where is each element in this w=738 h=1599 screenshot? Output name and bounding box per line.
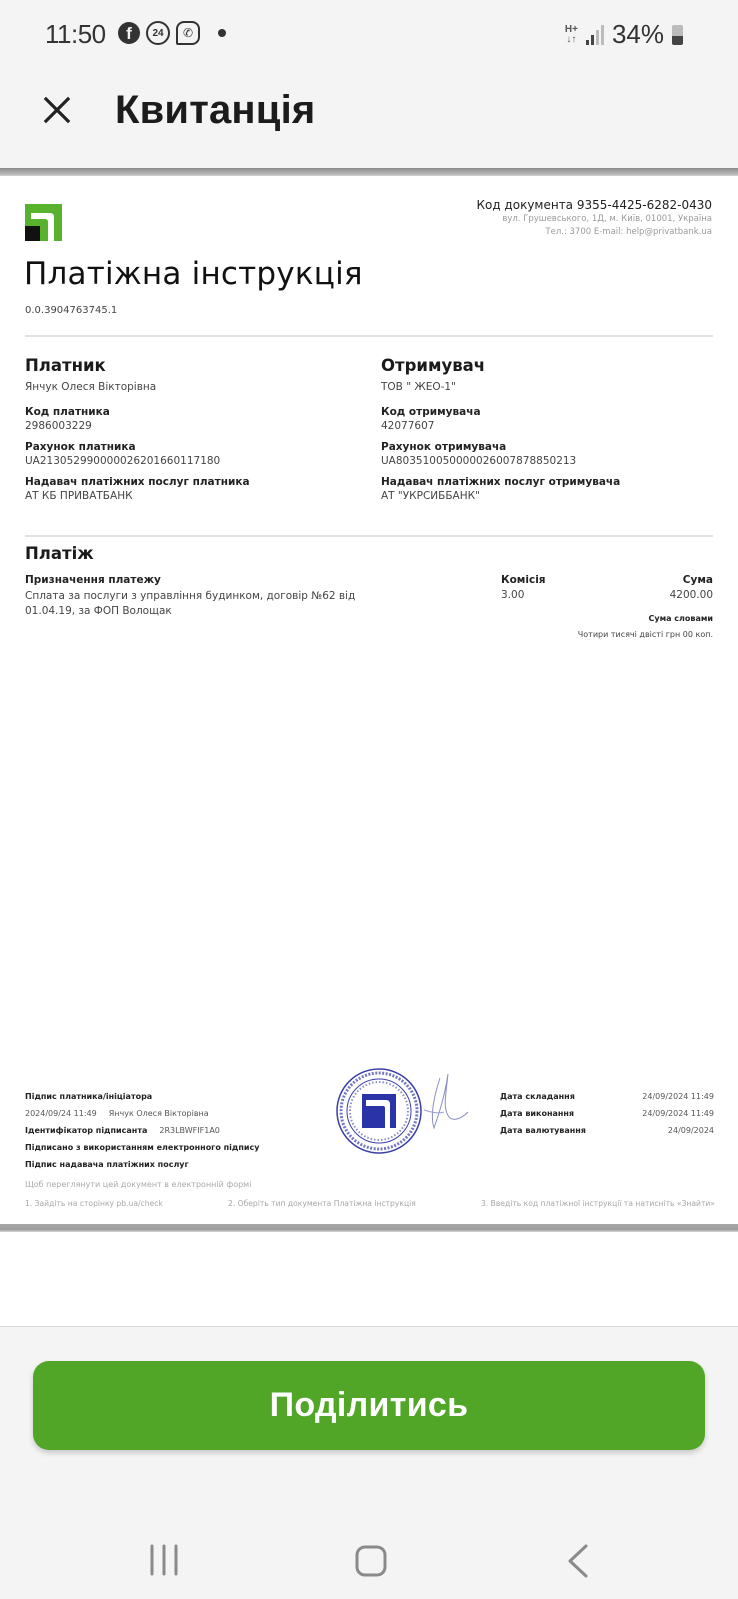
recipient-section: Отримувач ТОВ " ЖЕО-1" Код отримувача 42… — [381, 356, 721, 503]
recipient-provider-label: Надавач платіжних послуг отримувача — [381, 475, 721, 489]
facebook-icon: f — [118, 22, 140, 44]
signer-id-label: Ідентифікатор підписанта — [25, 1126, 147, 1135]
recipient-name: ТОВ " ЖЕО-1" — [381, 380, 721, 394]
document-viewport-padding — [0, 1232, 738, 1327]
close-button[interactable] — [37, 90, 77, 130]
viber-icon: ✆ — [176, 21, 200, 45]
payment-section: Платіж Призначення платежу Сплата за пос… — [25, 544, 713, 563]
date-label: Дата валютування — [500, 1122, 586, 1139]
recipient-code: 42077607 — [381, 419, 721, 433]
payer-code-label: Код платника — [25, 405, 365, 419]
purpose-label: Призначення платежу — [25, 574, 161, 586]
bank-contacts: Тел.: 3700 E-mail: help@privatbank.ua — [476, 227, 712, 238]
divider — [25, 335, 713, 337]
recipient-code-label: Код отримувача — [381, 405, 721, 419]
step-item: 3. Введіть код платіжної інструкції та н… — [481, 1199, 715, 1208]
network-type: H+ — [565, 24, 578, 35]
recents-icon[interactable] — [148, 1543, 180, 1577]
commission-value: 3.00 — [501, 589, 524, 601]
notification-icons: f 24 ✆ — [118, 21, 226, 45]
payer-account-label: Рахунок платника — [25, 440, 365, 454]
payer-name: Янчук Олеся Вікторівна — [25, 380, 365, 394]
payer-section: Платник Янчук Олеся Вікторівна Код платн… — [25, 356, 365, 503]
system-indicators: H+↓↑ 34% — [565, 19, 683, 50]
view-hint: Щоб переглянути цей документ в електронн… — [25, 1176, 405, 1193]
recipient-account-label: Рахунок отримувача — [381, 440, 721, 454]
provider-sign-label: Підпис надавача платіжних послуг — [25, 1156, 405, 1173]
signer-id: 2R3LBWFIF1A0 — [159, 1126, 220, 1135]
page-title: Квитанція — [115, 88, 315, 133]
recipient-heading: Отримувач — [381, 356, 721, 375]
bank-address: вул. Грушевського, 1Д, м. Київ, 01001, У… — [476, 214, 712, 225]
share-button-label: Поділитись — [270, 1386, 469, 1425]
document-bottom-edge — [0, 1224, 738, 1232]
purpose-value: Сплата за послуги з управління будинком,… — [25, 589, 365, 619]
home-icon[interactable] — [355, 1545, 387, 1577]
payer-sign-name: Янчук Олеся Вікторівна — [109, 1109, 209, 1118]
battery-percent: 34% — [612, 19, 664, 50]
document-id: 0.0.3904763745.1 — [25, 305, 117, 316]
date-value: 24/09/2024 11:49 — [642, 1088, 714, 1105]
document-code: Код документа 9355-4425-6282-0430 — [476, 198, 712, 212]
bank-stamp-icon — [334, 1066, 424, 1156]
payer-provider-label: Надавач платіжних послуг платника — [25, 475, 365, 489]
close-icon — [41, 94, 73, 126]
share-button[interactable]: Поділитись — [33, 1361, 705, 1450]
system-nav-bar — [0, 1490, 738, 1599]
date-row: Дата складання 24/09/2024 11:49 — [500, 1088, 714, 1105]
receipt-document: Код документа 9355-4425-6282-0430 вул. Г… — [0, 176, 738, 1226]
document-header-info: Код документа 9355-4425-6282-0430 вул. Г… — [476, 198, 712, 238]
sum-label: Сума — [683, 574, 713, 586]
sum-words-label: Сума словами — [648, 614, 713, 623]
sum-value: 4200.00 — [670, 589, 713, 601]
verification-steps: 1. Зайдіть на сторінку pb.ua/check 2. Об… — [25, 1199, 715, 1208]
payer-code: 2986003229 — [25, 419, 365, 433]
payer-sign-datetime: 2024/09/24 11:49 — [25, 1109, 97, 1118]
status-bar: 11:50 f 24 ✆ H+↓↑ 34% — [0, 0, 738, 72]
dot-icon — [218, 29, 226, 37]
payment-heading: Платіж — [25, 544, 713, 563]
dates-section: Дата складання 24/09/2024 11:49 Дата вик… — [500, 1088, 714, 1139]
status-time: 11:50 — [45, 19, 106, 50]
date-label: Дата складання — [500, 1088, 575, 1105]
battery-icon — [672, 25, 683, 45]
date-row: Дата виконання 24/09/2024 11:49 — [500, 1105, 714, 1122]
date-row: Дата валютування 24/09/2024 — [500, 1122, 714, 1139]
recipient-provider: АТ "УКРСИББАНК" — [381, 489, 721, 503]
payer-heading: Платник — [25, 356, 365, 375]
signal-icon — [586, 25, 604, 45]
privatbank-logo-icon — [25, 204, 62, 241]
back-icon[interactable] — [566, 1543, 590, 1579]
document-title: Платіжна інструкція — [24, 256, 363, 292]
step-item: 2. Оберіть тип документа Платіжна інстру… — [228, 1199, 416, 1208]
payer-account: UA213052990000026201660117180 — [25, 454, 365, 468]
recipient-account: UA803510050000026007878850213 — [381, 454, 721, 468]
24-channel-icon: 24 — [146, 21, 170, 45]
divider — [25, 535, 713, 537]
date-value: 24/09/2024 11:49 — [642, 1105, 714, 1122]
date-value: 24/09/2024 — [668, 1122, 714, 1139]
payer-provider: АТ КБ ПРИВАТБАНК — [25, 489, 365, 503]
date-label: Дата виконання — [500, 1105, 574, 1122]
network-type-icon: H+↓↑ — [565, 25, 578, 45]
commission-label: Комісія — [501, 574, 546, 586]
sum-words-value: Чотири тисячі двісті грн 00 коп. — [578, 630, 713, 639]
app-bar: Квитанція — [0, 72, 738, 170]
handwritten-signature — [420, 1066, 480, 1136]
step-item: 1. Зайдіть на сторінку pb.ua/check — [25, 1199, 163, 1208]
